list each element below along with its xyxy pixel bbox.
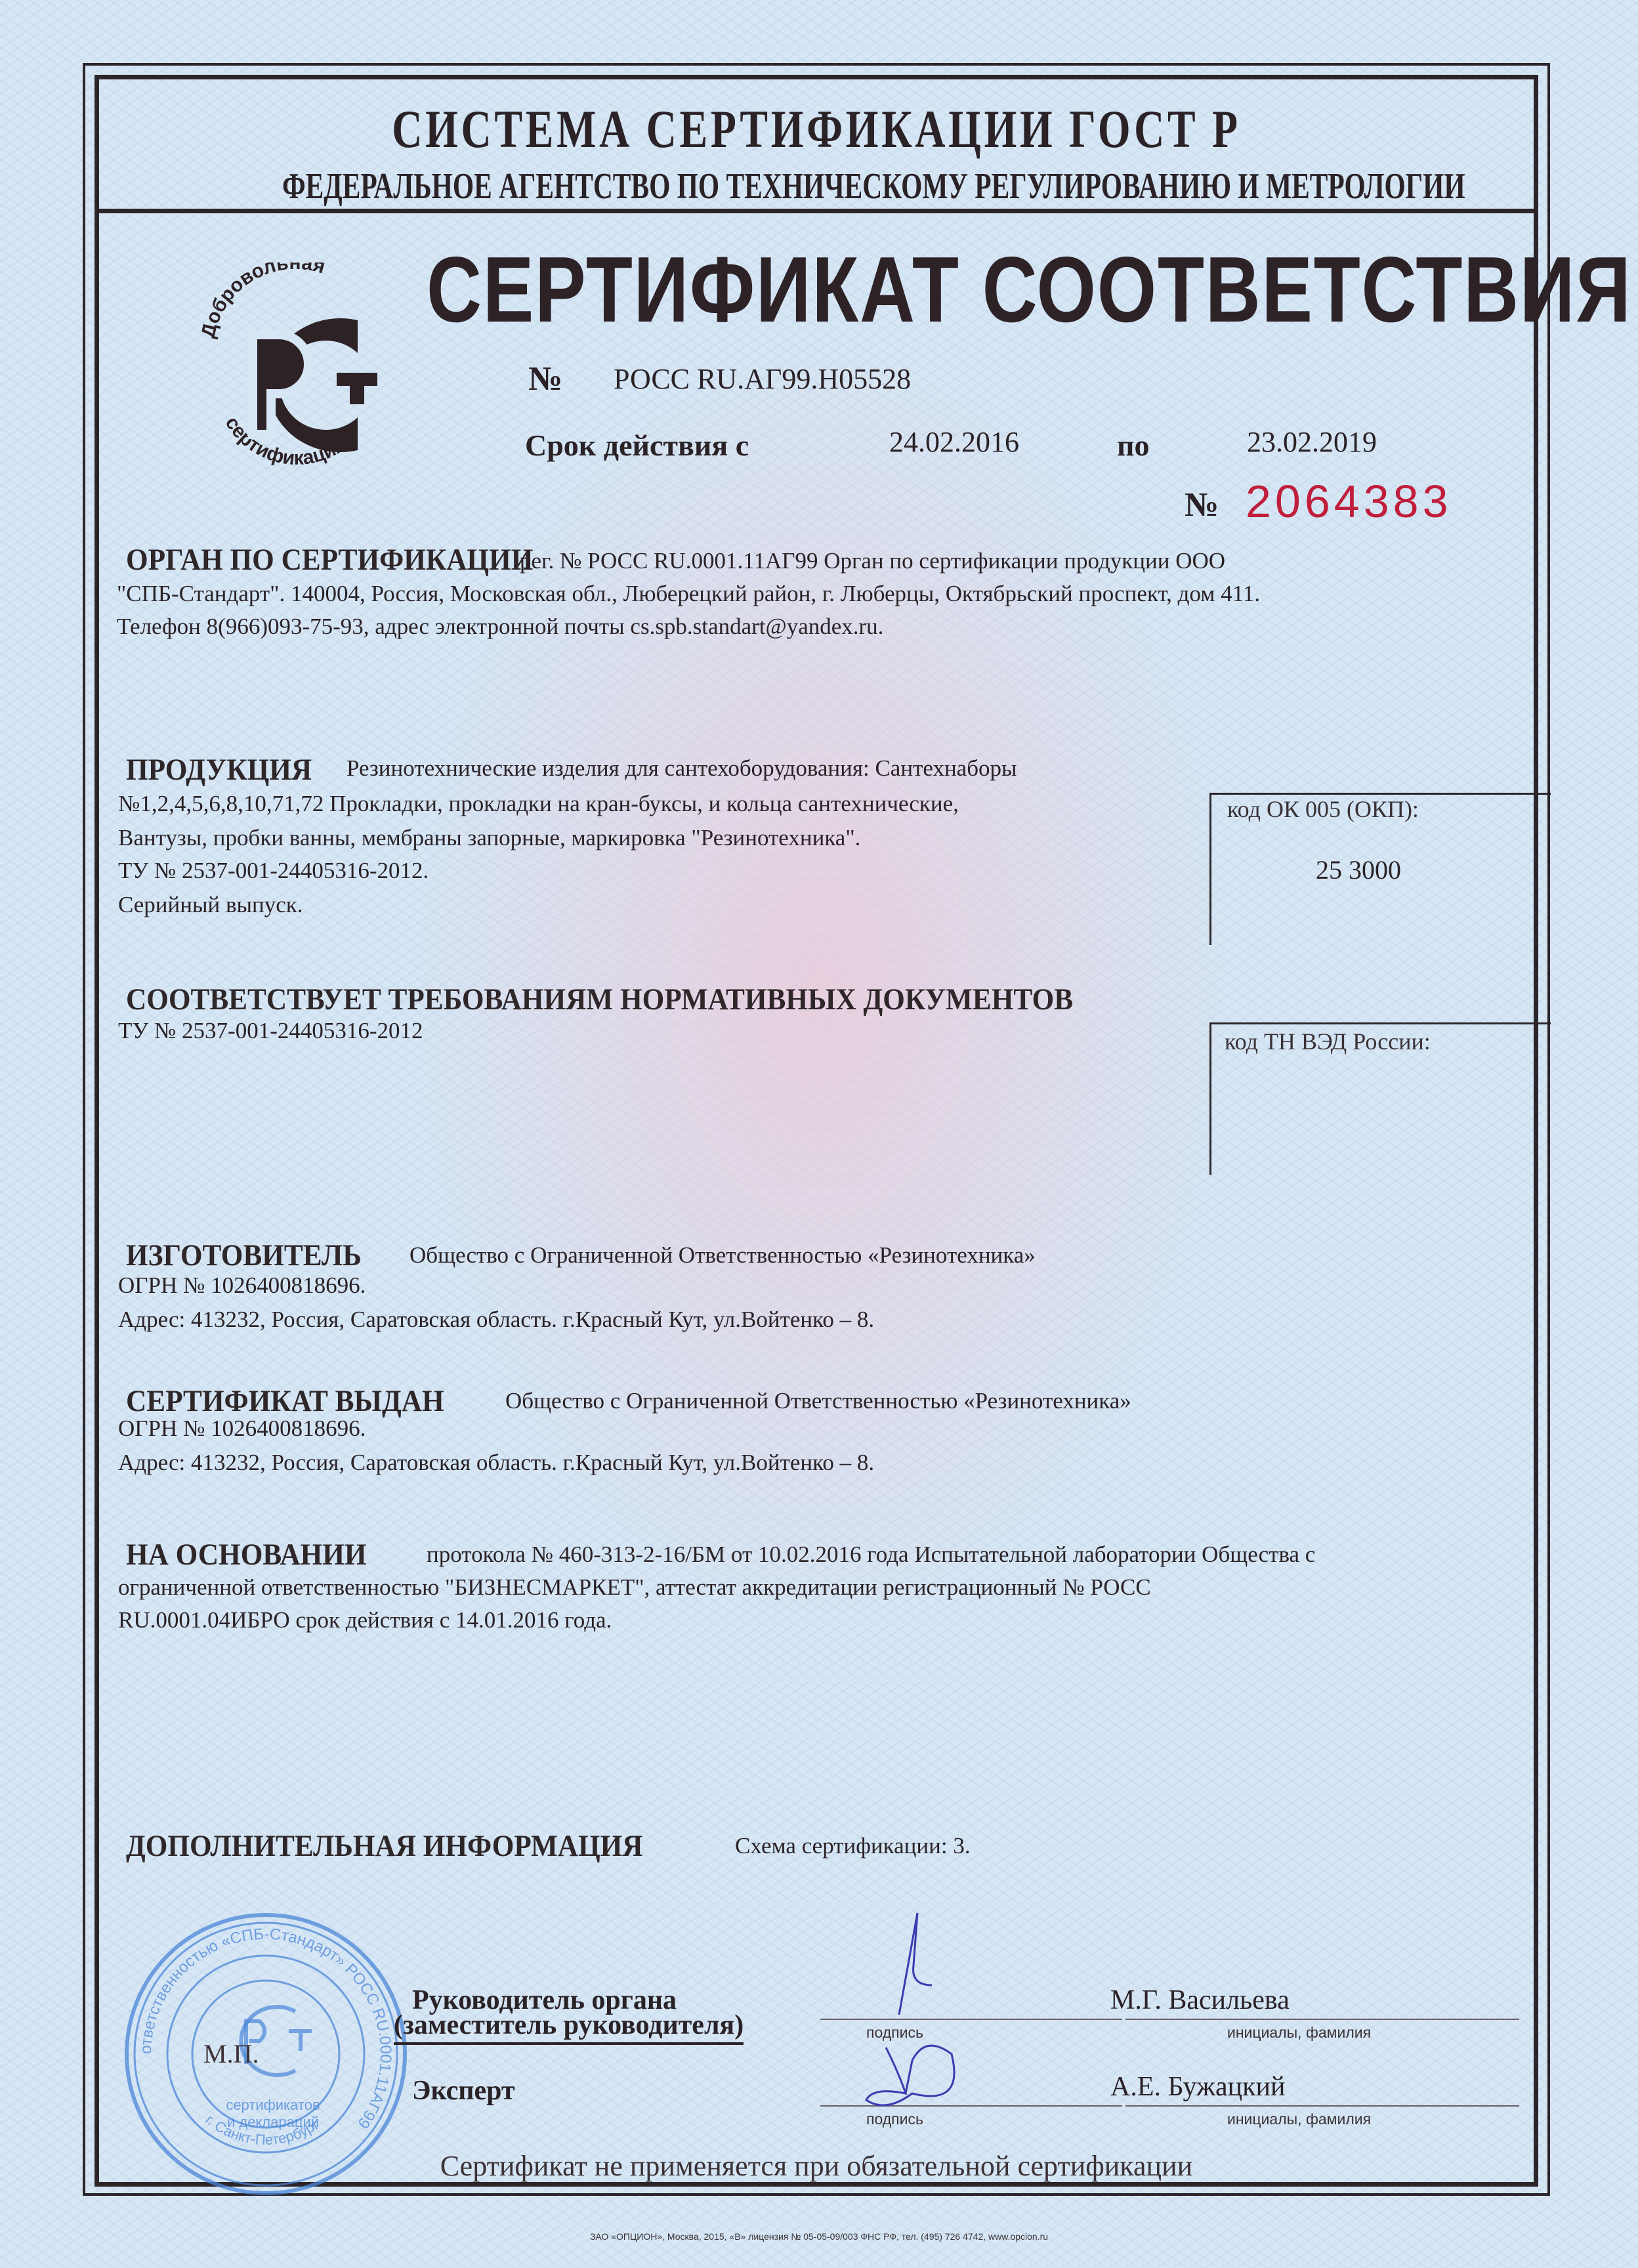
product-line-1: Резинотехнические изделия для сантехобор… bbox=[346, 752, 1017, 784]
expert-role: Эксперт bbox=[412, 2075, 515, 2107]
manufacturer-line-3: Адрес: 413232, Россия, Саратовская облас… bbox=[118, 1303, 874, 1335]
okp-code-label: код ОК 005 (ОКП): bbox=[1227, 795, 1419, 823]
valid-from-date: 24.02.2016 bbox=[889, 425, 1019, 459]
manufacturer-label: ИЗГОТОВИТЕЛЬ bbox=[126, 1238, 362, 1273]
head-signature-line bbox=[820, 2019, 1122, 2020]
printer-imprint: ЗАО «ОПЦИОН», Москва, 2015, «В» лицензия… bbox=[0, 2231, 1638, 2242]
system-title: СИСТЕМА СЕРТИФИКАЦИИ ГОСТ Р bbox=[253, 98, 1379, 160]
head-signature-scribble bbox=[879, 1906, 958, 2018]
agency-title: ФЕДЕРАЛЬНОЕ АГЕНТСТВО ПО ТЕХНИЧЕСКОМУ РЕ… bbox=[282, 165, 1351, 207]
expert-name-caption: инициалы, фамилия bbox=[1227, 2110, 1371, 2128]
additional-info-text: Схема сертификации: 3. bbox=[735, 1830, 971, 1862]
basis-label: НА ОСНОВАНИИ bbox=[126, 1537, 367, 1572]
product-line-5: Серийный выпуск. bbox=[118, 889, 303, 921]
validity-label: Срок действия с bbox=[525, 428, 749, 463]
conformity-doc-line: ТУ № 2537-001-24405316-2012 bbox=[118, 1015, 423, 1047]
issued-to-line-2: ОГРН № 1026400818696. bbox=[118, 1412, 366, 1444]
basis-line-3: RU.0001.04ИБРО срок действия с 14.01.201… bbox=[118, 1604, 612, 1636]
certification-body-line-3: Телефон 8(966)093-75-93, адрес электронн… bbox=[117, 610, 883, 642]
rst-mark-icon: Добровольная сертификация bbox=[187, 262, 397, 472]
head-name-caption: инициалы, фамилия bbox=[1227, 2024, 1371, 2042]
expert-name-line bbox=[1125, 2105, 1519, 2107]
head-name: М.Г. Васильева bbox=[1110, 1984, 1290, 2016]
footer-notice: Сертификат не применяется при обязательн… bbox=[94, 2149, 1538, 2183]
manufacturer-line-1: Общество с Ограниченной Ответственностью… bbox=[409, 1239, 1036, 1271]
okp-code-value: 25 3000 bbox=[1316, 854, 1401, 885]
certification-body-line-2: "СПБ-Стандарт". 140004, Россия, Московск… bbox=[117, 577, 1260, 610]
stamp-center-text-3: и деклараций bbox=[227, 2114, 319, 2130]
certificate-title: СЕРТИФИКАТ СООТВЕТСТВИЯ bbox=[427, 236, 1631, 344]
valid-to-date: 23.02.2019 bbox=[1247, 425, 1377, 459]
blank-serial-label: № bbox=[1185, 486, 1219, 524]
product-line-2: №1,2,4,5,6,8,10,71,72 Прокладки, проклад… bbox=[118, 787, 959, 820]
product-line-3: Вантузы, пробки ванны, мембраны запорные… bbox=[118, 822, 860, 854]
basis-line-1: протокола № 460-313-2-16/БМ от 10.02.201… bbox=[427, 1538, 1315, 1570]
additional-info-label: ДОПОЛНИТЕЛЬНАЯ ИНФОРМАЦИЯ bbox=[126, 1828, 642, 1864]
product-label: ПРОДУКЦИЯ bbox=[126, 752, 312, 787]
certification-body-label: ОРГАН ПО СЕРТИФИКАЦИИ bbox=[126, 542, 533, 577]
seal-place-label: М.П. bbox=[203, 2038, 259, 2069]
blank-serial-number: 2064383 bbox=[1246, 475, 1452, 528]
certificate-number-label: № bbox=[528, 360, 562, 398]
expert-name: А.Е. Бужацкий bbox=[1110, 2071, 1286, 2103]
expert-signature-scribble bbox=[847, 2034, 1004, 2113]
tnved-code-label: код ТН ВЭД России: bbox=[1225, 1028, 1431, 1055]
expert-signature-caption: подпись bbox=[866, 2110, 923, 2128]
head-role-line-2: (заместитель руководителя) bbox=[394, 2009, 744, 2045]
valid-to-label: по bbox=[1117, 428, 1150, 463]
product-line-4: ТУ № 2537-001-24405316-2012. bbox=[118, 854, 429, 887]
issued-to-line-3: Адрес: 413232, Россия, Саратовская облас… bbox=[118, 1446, 874, 1479]
basis-line-2: ограниченной ответственностью "БИЗНЕСМАР… bbox=[118, 1571, 1151, 1603]
head-name-line bbox=[1125, 2019, 1519, 2020]
manufacturer-line-2: ОГРН № 1026400818696. bbox=[118, 1269, 366, 1301]
header-divider bbox=[94, 209, 1538, 213]
conformity-label: СООТВЕТСТВУЕТ ТРЕБОВАНИЯМ НОРМАТИВНЫХ ДО… bbox=[126, 982, 1073, 1017]
issued-to-line-1: Общество с Ограниченной Ответственностью… bbox=[505, 1385, 1131, 1417]
stamp-center-text-2: сертификатов bbox=[226, 2097, 320, 2113]
certificate-number: РОСС RU.АГ99.Н05528 bbox=[614, 362, 911, 396]
certification-body-line-1: рег. № РОСС RU.0001.11АГ99 Орган по серт… bbox=[520, 545, 1225, 577]
